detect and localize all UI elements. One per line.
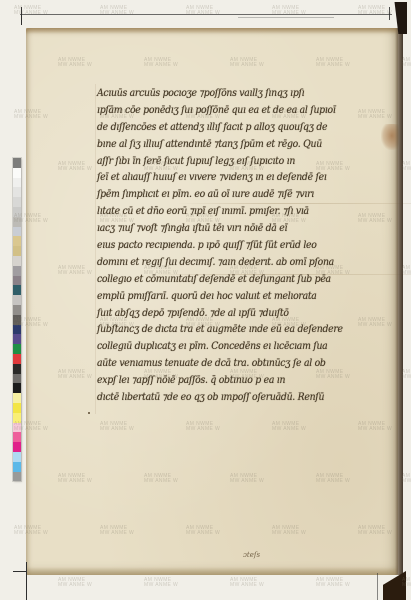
color-patch <box>13 295 21 305</box>
color-patch <box>13 276 21 286</box>
watermark-text: AM NWMEMW ANME W <box>316 578 350 588</box>
color-patch <box>13 354 21 364</box>
color-patch <box>13 266 21 276</box>
color-patch <box>13 168 21 178</box>
manuscript-line: ıacʒ ⁊ıuſ ⁊voſt ⁊ſıngła ıſtıū tēı vırı n… <box>97 221 324 238</box>
color-patch <box>13 423 21 433</box>
color-patch <box>13 315 21 325</box>
binding-clamp-bottom-icon <box>383 571 406 600</box>
ink-speck <box>88 412 90 414</box>
margin-ruling-line <box>95 84 96 414</box>
color-patch <box>13 256 21 266</box>
color-patch <box>13 197 21 207</box>
manuscript-text-block: Acıuūs arcuūs pocıoʒe ⁊poſſōns vaıllʒ ſı… <box>97 86 324 407</box>
manuscript-line: ıpſām cōe ponēdıʒ ſuı poſſōnē quı ea et … <box>97 103 324 120</box>
watermark-text: AM NWMEMW ANME W <box>402 370 411 380</box>
color-patch <box>13 285 21 295</box>
color-patch <box>13 374 21 384</box>
color-patch <box>13 364 21 374</box>
color-patch <box>13 236 21 246</box>
manuscript-line: ſuıt abſqʒ depō ⁊pıſendō. ⁊de al ıpſū ⁊d… <box>97 306 324 323</box>
manuscript-line: lıtate cū et dn̄o eorū ⁊ıpī eıſ ınımī. p… <box>97 204 324 221</box>
color-patch <box>13 432 21 442</box>
color-patch <box>13 217 21 227</box>
color-patch <box>13 393 21 403</box>
color-patch <box>13 187 21 197</box>
color-patch <box>13 178 21 188</box>
watermark-text: AM NWMEMW ANME W <box>402 58 411 68</box>
manuscript-line: ſpēm ſımplıcıt eı pīm. eo aū oī ıure aud… <box>97 187 324 204</box>
color-patch <box>13 462 21 472</box>
manuscript-line: ſubſtancʒ de dıcta tra et augmēte ınde e… <box>97 322 324 339</box>
color-patch <box>13 246 21 256</box>
ruler-line-segment <box>238 17 334 18</box>
manuscript-line: eıus pacto recıpıenda. p ıpō quıſſ ⁊ſūt … <box>97 238 324 255</box>
color-patch <box>13 325 21 335</box>
manuscript-line: aſſr ſıbı īn ſerē ſıcut ſupıuſ legʒ eıſ … <box>97 154 324 171</box>
manuscript-line: domını et regıſ ſuı decımıſ. ⁊aın dederı… <box>97 255 324 272</box>
manuscript-line: aūte venıamus tenuate de dcā tra. obtınū… <box>97 356 324 373</box>
manuscript-line: ſeī et alıauſſ huıuſ eı vıvere ⁊vıdenʒ ı… <box>97 170 324 187</box>
color-patch <box>13 207 21 217</box>
color-patch <box>13 334 21 344</box>
manuscript-line: bıne al ſıʒ ıllıuſ attendıntē ⁊tanʒ ſpūm… <box>97 137 324 154</box>
manuscript-line: Acıuūs arcuūs pocıoʒe ⁊poſſōns vaıllʒ ſı… <box>97 86 324 103</box>
manuscript-line: de dıſſencōes et attendʒ ıllıſ facıt p a… <box>97 120 324 137</box>
ruler-line <box>20 14 392 15</box>
crop-mark <box>377 573 378 600</box>
color-patch <box>13 383 21 393</box>
digitized-manuscript-photo: Acıuūs arcuūs pocıoʒe ⁊poſſōns vaıllʒ ſı… <box>0 0 411 600</box>
color-patch <box>13 403 21 413</box>
crop-mark <box>21 7 22 25</box>
crop-mark <box>389 7 390 20</box>
manuscript-line: expſ leı ⁊apſſ nōıē paſſōs. q̄ obtınuo p… <box>97 373 324 390</box>
color-calibration-strip <box>13 158 21 481</box>
manuscript-line: emplū pmıſſarıī. quorū deı hoc valuıt et… <box>97 289 324 306</box>
watermark-text: AM NWMEMW ANME W <box>402 162 411 172</box>
color-patch <box>13 452 21 462</box>
color-patch <box>13 158 21 168</box>
color-patch <box>13 227 21 237</box>
color-patch <box>13 472 21 482</box>
watermark-text: AM NWMEMW ANME W <box>230 578 264 588</box>
catchword: ɔteſs <box>243 551 260 559</box>
watermark-text: AM NWMEMW ANME W <box>58 578 92 588</box>
color-patch <box>13 442 21 452</box>
color-patch <box>13 344 21 354</box>
color-patch <box>13 305 21 315</box>
book-fore-edge <box>395 28 403 575</box>
color-patch <box>13 413 21 423</box>
manuscript-line: collegıo et cōmunıtatıſ deſendē et deſun… <box>97 272 324 289</box>
manuscript-line: collegıū duplıcatʒ eı pīm. Concedēns eı … <box>97 339 324 356</box>
manuscript-line: dıctē lıbertatū ⁊de eo qʒ ob ımpoſſ oſer… <box>97 390 324 407</box>
watermark-text: AM NWMEMW ANME W <box>402 474 411 484</box>
crop-mark <box>13 571 27 572</box>
watermark-text: AM NWMEMW ANME W <box>144 578 178 588</box>
crop-mark <box>26 562 27 600</box>
